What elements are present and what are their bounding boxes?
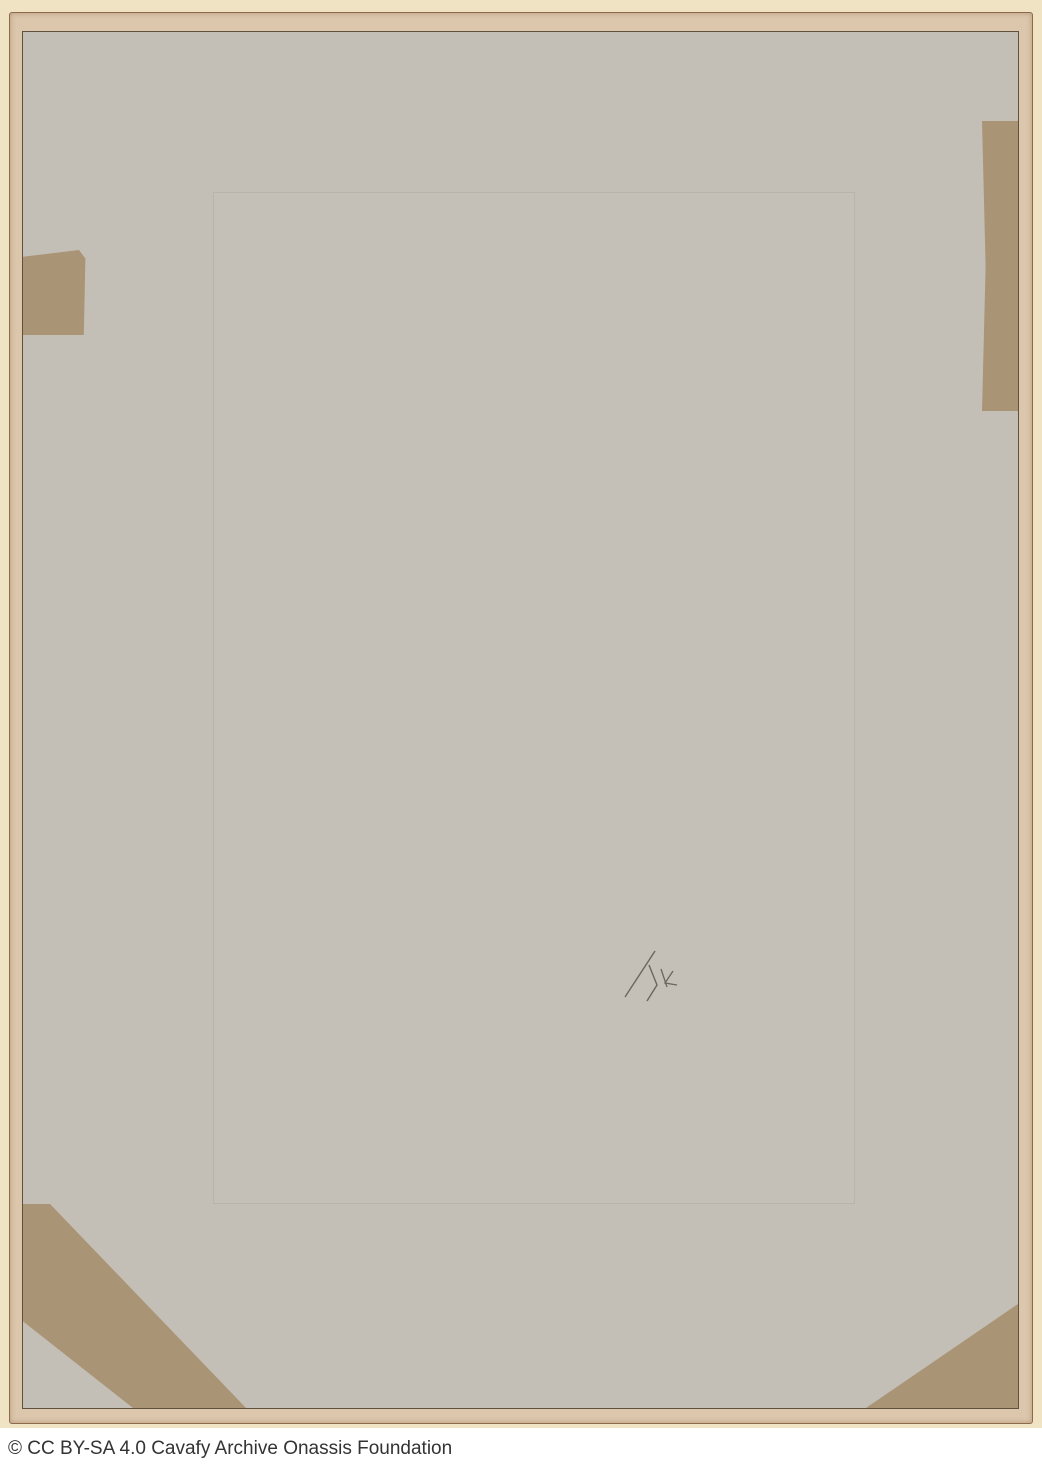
pencil-handwritten-mark (623, 947, 683, 1007)
scanned-photo-card (0, 0, 1042, 1428)
tape-strip-top-right (982, 121, 1018, 411)
tape-corner-bottom-right (863, 1304, 1018, 1409)
card-back-face (22, 31, 1019, 1409)
tape-corner-bottom-left (23, 1204, 248, 1409)
copyright-caption: © CC BY-SA 4.0 Cavafy Archive Onassis Fo… (8, 1438, 452, 1460)
tape-strip-top-left (23, 250, 103, 335)
